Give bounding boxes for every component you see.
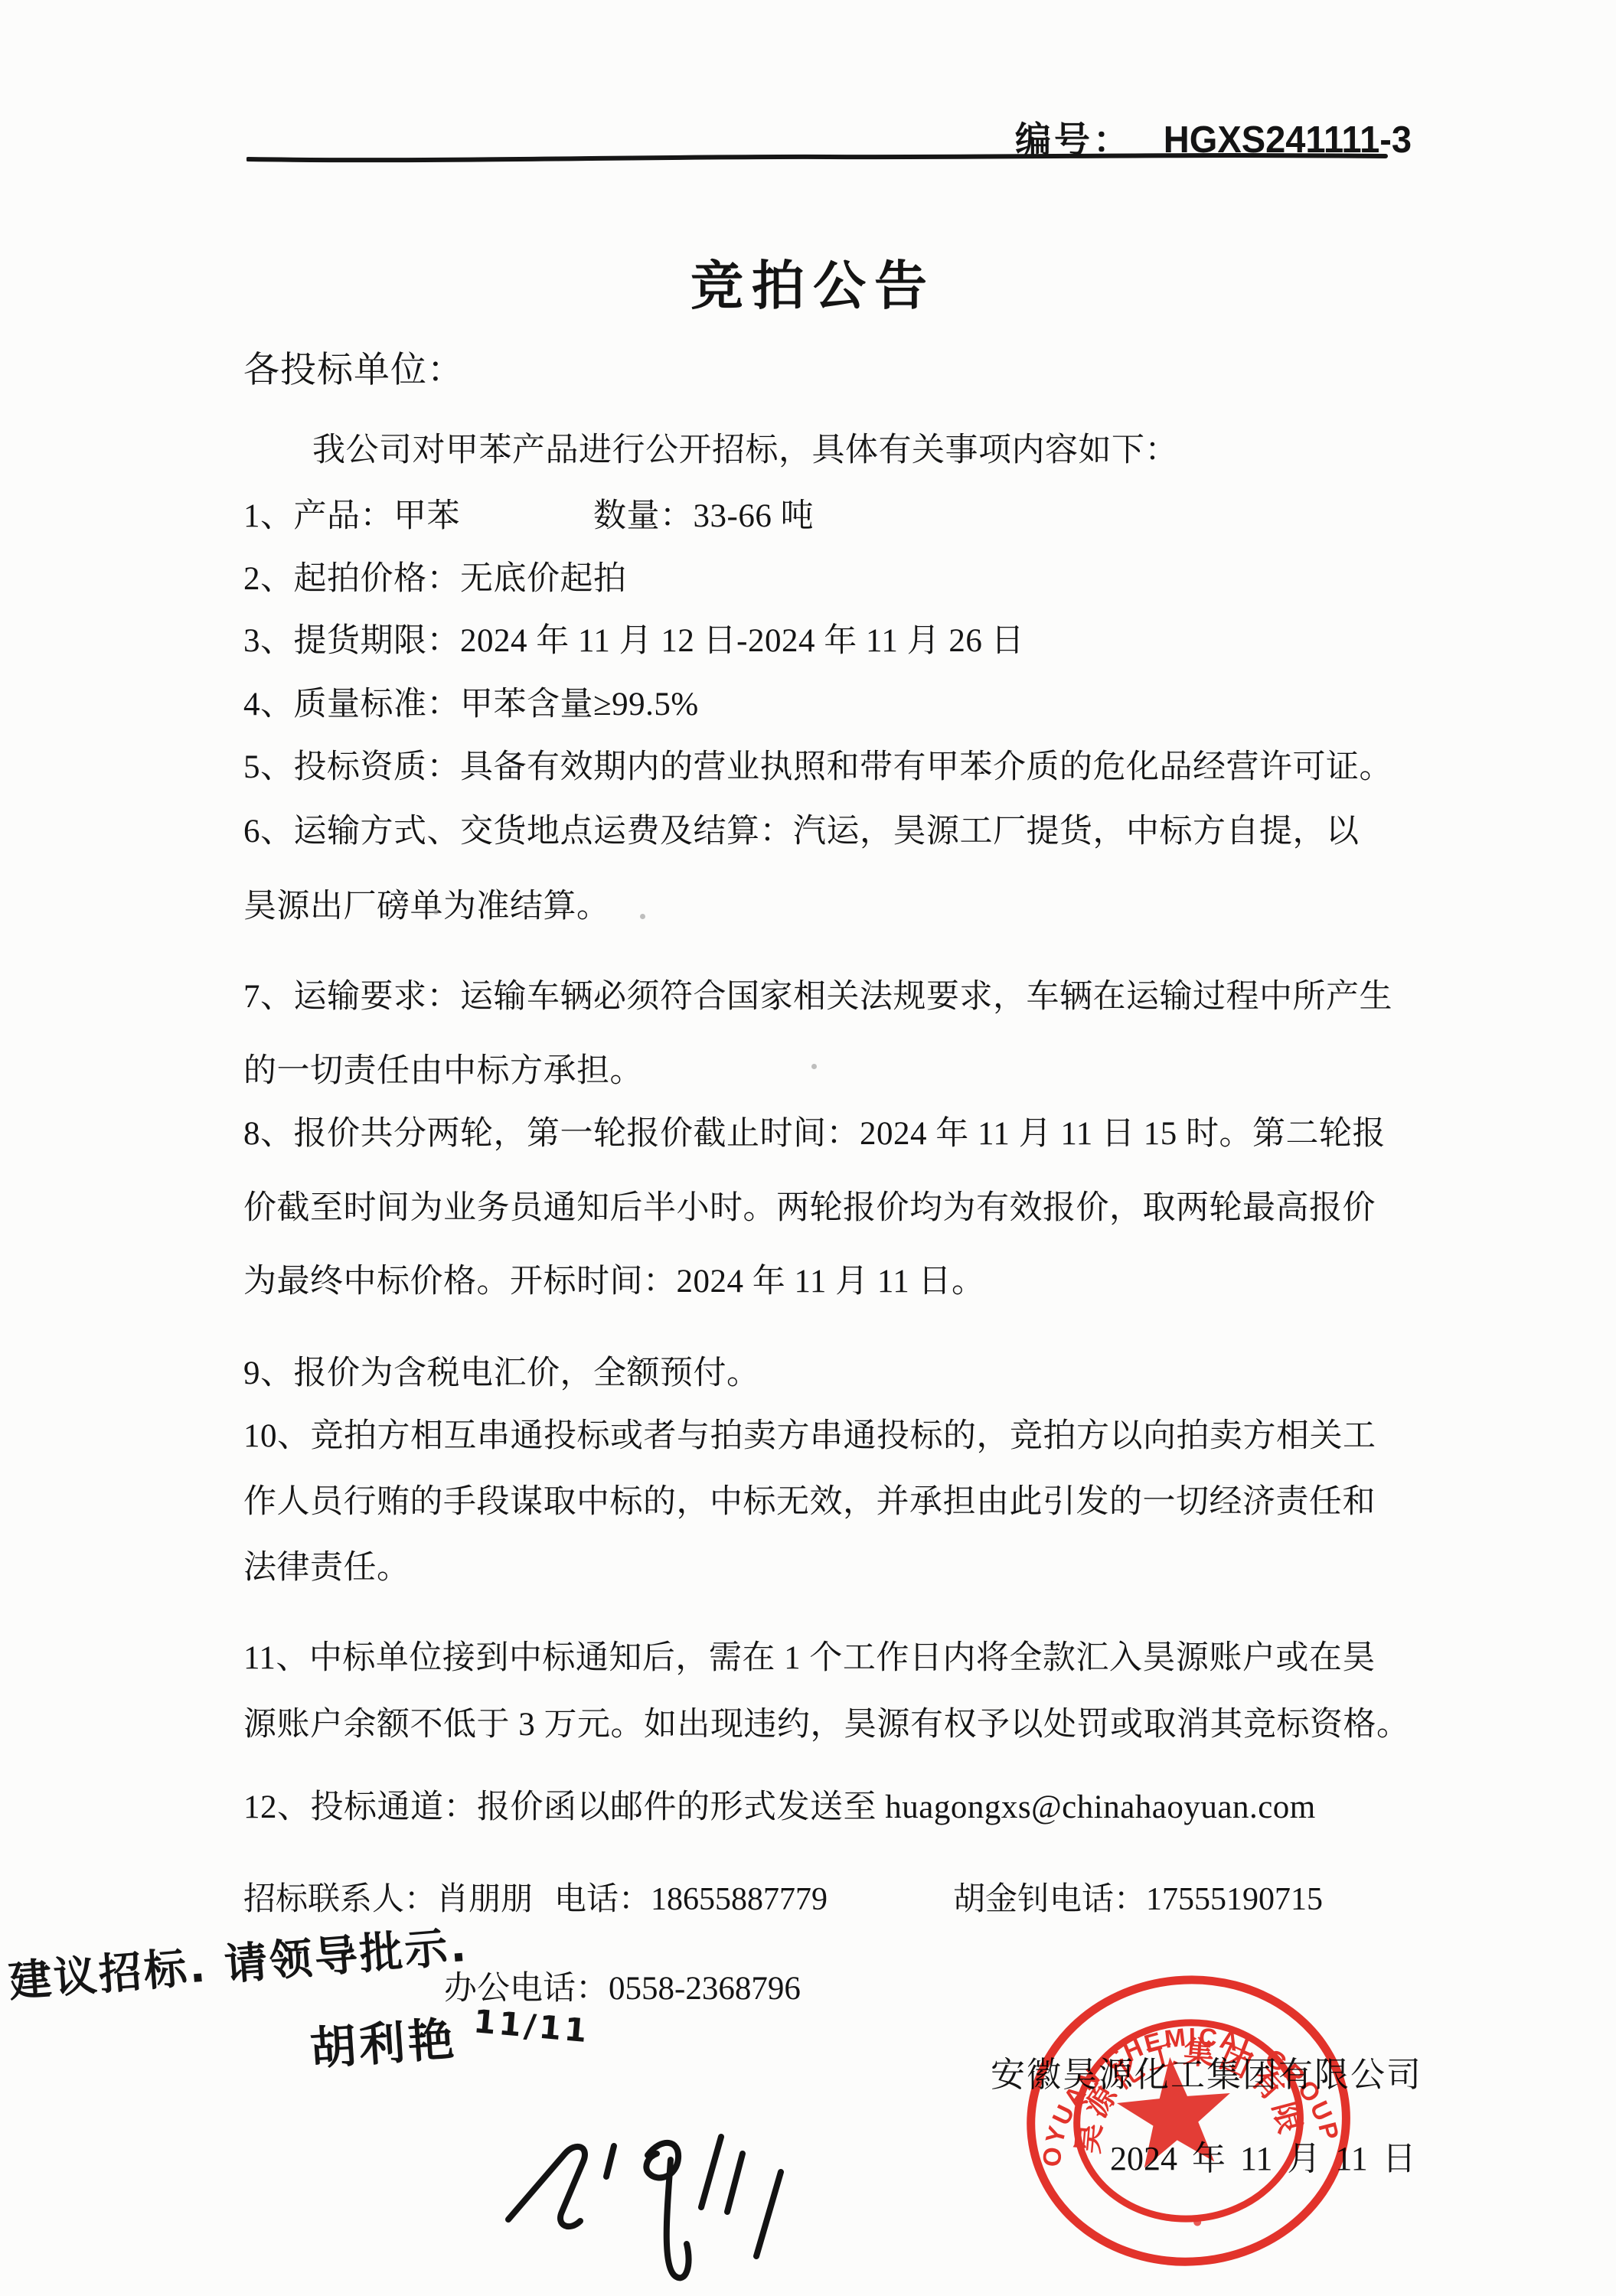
body-line-17: 11、中标单位接到中标通知后，需在 1 个工作日内将全款汇入昊源账户或在昊 <box>243 1632 1376 1678</box>
body-line-3: 3、提货期限：2024 年 11 月 12 日-2024 年 11 月 26 日 <box>243 615 1024 661</box>
intro-paragraph: 我公司对甲苯产品进行公开招标，具体有关事项内容如下： <box>312 424 1178 471</box>
contact-2-name: 胡金钊 <box>953 1882 1050 1917</box>
company-seal: ANHUI HAOYUAN CHEMICAL GROUP CO., LTD. 安… <box>1005 1955 1373 2293</box>
body-line-8: 7、运输要求：运输车辆必须符合国家相关法规要求，车辆在运输过程中所产生 <box>243 970 1392 1017</box>
body-line-11: 价截至时间为业务员通知后半小时。两轮报价均为有效报价，取两轮最高报价 <box>243 1182 1376 1228</box>
contact-1-phone-label: 电话： <box>554 1882 651 1917</box>
body-line-16: 法律责任。 <box>243 1541 410 1588</box>
body-line-6: 6、运输方式、交货地点运费及结算：汽运，昊源工厂提货，中标方自提，以 <box>243 805 1360 852</box>
body-line-4: 4、质量标准：甲苯含量≥99.5% <box>243 678 699 725</box>
scan-speck <box>640 914 645 919</box>
handwritten-signature <box>498 2106 827 2294</box>
body-line-9: 的一切责任由中标方承担。 <box>243 1045 643 1091</box>
handwritten-note: 建议招标. 请领导批示. <box>6 1913 470 2010</box>
scanned-document-page: { "header": { "label": "编号：", "number": … <box>0 0 1616 2296</box>
contact-row-left: 招标联系人：肖朋朋电话：18655887779 <box>243 1874 828 1919</box>
office-phone: 0558-2368796 <box>609 1971 801 2007</box>
salutation: 各投标单位： <box>243 341 464 393</box>
body-line-19: 12、投标通道：报价函以邮件的形式发送至 huagongxs@chinahaoy… <box>243 1781 1316 1828</box>
body-line-15: 作人员行贿的手段谋取中标的，中标无效，并承担由此引发的一切经济责任和 <box>243 1476 1376 1522</box>
body-line-14: 10、竞拍方相互串通投标或者与拍卖方串通投标的，竞拍方以向拍卖方相关工 <box>243 1410 1376 1456</box>
page-title: 竞拍公告 <box>690 243 935 319</box>
body-line-5: 5、投标资质：具备有效期内的营业执照和带有甲苯介质的危化品经营许可证。 <box>243 741 1392 788</box>
body-line-12: 为最终中标价格。开标时间：2024 年 11 月 11 日。 <box>243 1255 985 1302</box>
contact-1-phone: 18655887779 <box>651 1882 828 1917</box>
body-line-13: 9、报价为含税电汇价，全额预付。 <box>243 1347 760 1394</box>
handwritten-approver: 胡利艳11/11 <box>308 1994 590 2079</box>
contact-label: 招标联系人： <box>243 1882 436 1917</box>
contact-2-phone: 17555190715 <box>1146 1882 1323 1917</box>
body-line-7: 昊源出厂磅单为准结算。 <box>243 880 610 927</box>
handwritten-approver-name: 胡利艳 <box>309 2013 459 2076</box>
handwritten-note-date: 11/11 <box>472 2002 592 2050</box>
body-line-10: 8、报价共分两轮，第一轮报价截止时间：2024 年 11 月 11 日 15 时… <box>243 1107 1386 1154</box>
contact-row-right: 胡金钊电话：17555190715 <box>953 1874 1323 1919</box>
contact-1-name: 肖朋朋 <box>436 1882 533 1917</box>
contact-2-phone-label: 电话： <box>1050 1882 1146 1917</box>
body-line-1: 1、产品：甲苯 数量：33-66 吨 <box>243 490 814 536</box>
scan-speck <box>811 1064 817 1069</box>
header-rule <box>246 153 1389 164</box>
body-line-2: 2、起拍价格：无底价起拍 <box>243 553 627 599</box>
body-line-18: 源账户余额不低于 3 万元。如出现违约，昊源有权予以处罚或取消其竞标资格。 <box>243 1698 1410 1745</box>
scan-speck <box>433 909 439 915</box>
